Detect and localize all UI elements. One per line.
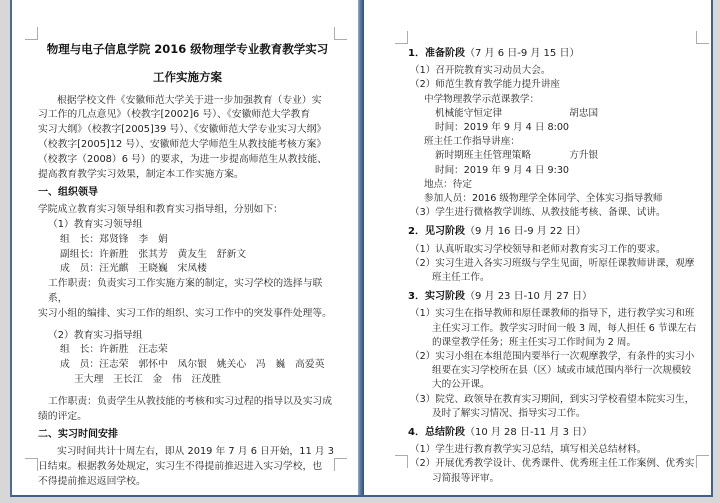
text-line: 日结束。根据教务处规定，实习生不得提前推迟进入实习学校，也 (38, 460, 337, 475)
text-line: 实习大纲》（校教字[2005]39 号）、《安徽师范大学专业实习大纲》 (38, 123, 337, 138)
text-line: 1．准备阶段（7 月 6 日-9 月 15 日） (408, 47, 708, 61)
text-line: （2）实习生进入各实习班级与学生见面，听原任课教师讲课，观摩 (408, 257, 708, 271)
text-line: 时间：2019 年 9 月 4 日 9:30 (408, 164, 708, 178)
text-line: 不得提前推迟返回学校。 (38, 475, 337, 490)
text-line: 王大理 王长江 金 伟 汪茂胜 (38, 373, 337, 388)
text-line: 4．总结阶段（10 月 28 日-11 月 3 日） (408, 426, 708, 440)
text-line: （1）教育实习领导组 (38, 218, 337, 233)
text-line: 副组长：许新胜 张其芳 黄友生 舒新文 (38, 248, 337, 263)
text-line: 组 长：许新胜 汪志荣 (38, 343, 337, 358)
text-line: 工作职责：负责学生从教技能的考核和实习过程的指导以及实习成 (38, 395, 337, 410)
crop-mark-right-page-bottom-left (395, 455, 408, 468)
text-line: （1）学生进行教育教学实习总结，填写相关总结材料。 (408, 443, 708, 457)
text-line: 一、组织领导 (38, 186, 337, 201)
text-line: （1）认真听取实习学校领导和老师对教育实习工作的要求。 (408, 243, 708, 257)
text-line: 组 长：郑贤锋 李 娟 (38, 233, 337, 248)
text-line: 2．见习阶段（9 月 16 日-9 月 22 日） (408, 225, 708, 239)
document-canvas: 物理与电子信息学院 2016 级物理学专业教育教学实习工作实施方案根据学校文件《… (10, 0, 713, 497)
text-line: 及时了解实习情况、指导实习工作。 (408, 407, 708, 421)
text-line: 成 员：汪志荣 郭怀中 凤尔银 姚关心 冯 巍 高爱英 (38, 358, 337, 373)
text-line: （2）师范生教育教学能力提升讲座 (408, 78, 708, 92)
text-line: （2）开展优秀教学设计、优秀课件、优秀班主任工作案例、优秀实 (408, 457, 708, 471)
text-line: 参加人员：2016 级物理学全体同学、全体实习指导教师 (408, 192, 708, 206)
text-line: （3）院党、政领导在教育实习期间，到实习学校看望本院实习生， (408, 393, 708, 407)
text-line: （1）召开院教育实习动员大会。 (408, 64, 708, 78)
text-line: （2）教育实习指导组 (38, 329, 337, 344)
text-line: （校教字（2008）6 号）的要求，为进一步提高师范生从教技能、 (38, 153, 337, 168)
text-line: 组要在实习学校所在县（区）域或市域范围内举行一次规模较 (408, 364, 708, 378)
text-line: 实习时间共计十周左右，即从 2019 年 7 月 6 日开始，11 月 3 (38, 445, 337, 460)
text-line: 成 员：汪光麒 王晓巍 宋凤楼 (38, 262, 337, 277)
page-2[interactable]: 1．准备阶段（7 月 6 日-9 月 15 日）（1）召开院教育实习动员大会。（… (408, 42, 708, 486)
page-divider (358, 0, 364, 495)
text-line: （1）实习生在指导教师和原任课教师的指导下，进行教学实习和班 (408, 307, 708, 321)
text-line: 的课堂教学任务；班主任实习工作时间为 2 周。 (408, 336, 708, 350)
text-line: 工作实施方案 (38, 70, 337, 85)
text-line: 实习小组的编排、实习工作的组织、实习工作中的突发事件处理等。 (38, 307, 337, 322)
crop-mark-left-page-top-right (334, 27, 347, 40)
text-line: （2）实习小组在本组范围内要举行一次观摩教学，有条件的实习小 (408, 350, 708, 364)
text-line: 学院成立教育实习领导组和教育实习指导组，分别如下： (38, 203, 337, 218)
text-line (38, 388, 337, 395)
text-line: 中学物理教学示范课教学： (408, 93, 708, 107)
text-line: 习工作的几点意见》（校教字[2002]6 号）、《安徽师范大学教育 (38, 108, 337, 123)
text-line: 二、实习时间安排 (38, 428, 337, 443)
text-line: （3）学生进行微格教学训练、从教技能考核、备课、试讲。 (408, 206, 708, 220)
text-line: 提高教育教学实习效果，制定本工作实施方案。 (38, 168, 337, 183)
text-line: 习简报等评审。 (408, 472, 708, 486)
text-line: 新时期班主任管理策略 方升银 (408, 149, 708, 163)
text-line: （校教字[2005]12 号）、安徽师范大学师范生从教技能考核方案》 (38, 138, 337, 153)
text-line: 主任实习工作。教学实习时间一般 3 周，每人担任 6 节课左右 (408, 322, 708, 336)
text-line: 班主任工作指导讲座： (408, 135, 708, 149)
page-1[interactable]: 物理与电子信息学院 2016 级物理学专业教育教学实习工作实施方案根据学校文件《… (38, 40, 337, 490)
text-line (38, 322, 337, 329)
text-line: 大的公开课。 (408, 378, 708, 392)
text-line: 班主任工作。 (408, 271, 708, 285)
text-line: 地点：待定 (408, 178, 708, 192)
crop-mark-left-page-top-left (25, 27, 38, 40)
text-line: 根据学校文件《安徽师范大学关于进一步加强教育（专业）实 (38, 94, 337, 109)
text-line: 机械能守恒定律 胡忠国 (408, 107, 708, 121)
text-line: 工作职责：负责实习工作实施方案的制定，实习学校的选择与联系， (38, 277, 337, 307)
text-line: 3．实习阶段（9 月 23 日-10 月 27 日） (408, 290, 708, 304)
crop-mark-left-page-bottom-left (25, 458, 38, 471)
crop-mark-right-page-top-left (395, 31, 408, 44)
text-line: 物理与电子信息学院 2016 级物理学专业教育教学实习 (38, 42, 337, 57)
text-line: 绩的评定。 (38, 410, 337, 425)
text-line: 时间：2019 年 9 月 4 日 8:00 (408, 121, 708, 135)
